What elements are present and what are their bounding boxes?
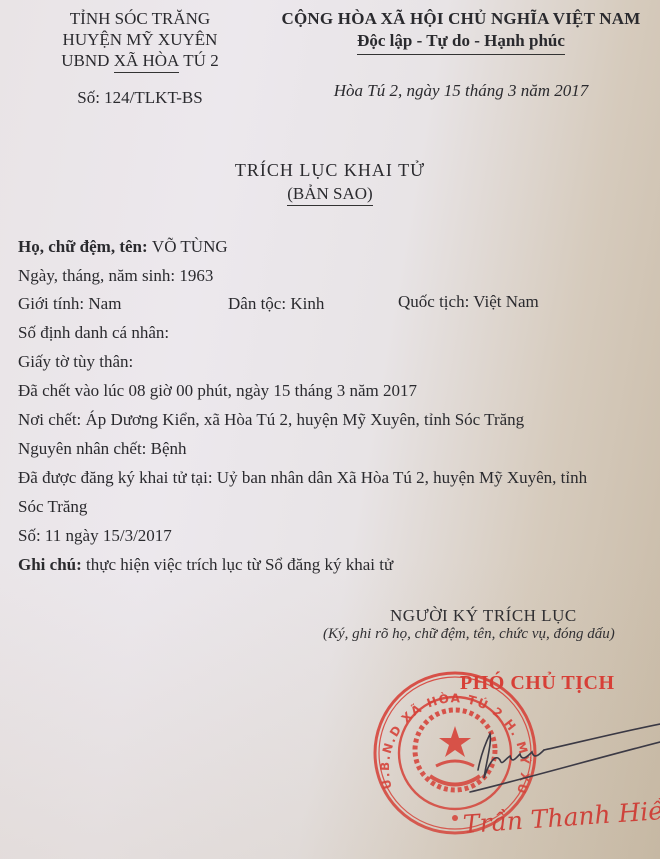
signer-instruction: (Ký, ghi rõ họ, chữ đệm, tên, chức vụ, đ… <box>323 626 615 643</box>
nation-name: CỘNG HÒA XÃ HỘI CHỦ NGHĨA VIỆT NAM <box>262 8 660 30</box>
field-registered-at: Đã được đăng ký khai tử tại: Uỷ ban nhân… <box>18 468 587 488</box>
field-birth: Ngày, tháng, năm sinh: 1963 <box>18 266 213 286</box>
field-full-name: Họ, chữ đệm, tên: VÕ TÙNG <box>18 237 228 257</box>
cause-of-death-value: Bệnh <box>151 439 187 458</box>
birth-value: 1963 <box>179 266 213 285</box>
nationality-label: Quốc tịch: <box>398 292 473 311</box>
signer-heading: NGƯỜI KÝ TRÍCH LỤC <box>390 606 577 626</box>
document-number: Số: 124/TLKT-BS <box>40 87 240 108</box>
agency-suffix: TÚ 2 <box>179 51 218 70</box>
handwritten-signature-icon <box>440 720 660 800</box>
id-papers-label: Giấy tờ tùy thân: <box>18 352 133 371</box>
agency-underlined: XÃ HÒA <box>114 50 180 73</box>
field-gender: Giới tính: Nam <box>18 294 121 314</box>
field-nationality: Quốc tịch: Việt Nam <box>398 292 539 312</box>
national-header: CỘNG HÒA XÃ HỘI CHỦ NGHĨA VIỆT NAM Độc l… <box>262 8 660 101</box>
registered-at-label: Đã được đăng ký khai tử tại: <box>18 468 217 487</box>
field-register-number: Số: 11 ngày 15/3/2017 <box>18 526 172 546</box>
nationality-value: Việt Nam <box>473 292 539 311</box>
ethnicity-label: Dân tộc: <box>228 294 290 313</box>
place-of-death-label: Nơi chết: <box>18 410 86 429</box>
field-personal-id: Số định danh cá nhân: <box>18 323 169 343</box>
gender-value: Nam <box>88 294 121 313</box>
field-id-papers: Giấy tờ tùy thân: <box>18 352 133 372</box>
registered-at-value-line2: Sóc Trăng <box>18 497 87 517</box>
agency-prefix: UBND <box>61 51 113 70</box>
note-value: thực hiện việc trích lục từ Sổ đăng ký k… <box>86 555 393 574</box>
field-place-of-death: Nơi chết: Áp Dương Kiển, xã Hòa Tú 2, hu… <box>18 410 524 430</box>
gender-label: Giới tính: <box>18 294 88 313</box>
agency-name: UBND XÃ HÒA TÚ 2 <box>40 50 240 73</box>
province-name: TỈNH SÓC TRĂNG <box>40 8 240 29</box>
cause-of-death-label: Nguyên nhân chết: <box>18 439 151 458</box>
copy-label: (BẢN SAO) <box>287 184 372 206</box>
personal-id-label: Số định danh cá nhân: <box>18 323 169 342</box>
district-name: HUYỆN MỸ XUYÊN <box>40 29 240 50</box>
full-name-value: VÕ TÙNG <box>152 237 228 256</box>
death-certificate-extract: TỈNH SÓC TRĂNG HUYỆN MỸ XUYÊN UBND XÃ HÒ… <box>0 0 660 859</box>
field-cause-of-death: Nguyên nhân chết: Bệnh <box>18 439 187 459</box>
signer-position: PHÓ CHỦ TỊCH <box>460 672 615 695</box>
field-time-of-death: Đã chết vào lúc 08 giờ 00 phút, ngày 15 … <box>18 381 417 401</box>
ethnicity-value: Kinh <box>290 294 324 313</box>
place-and-date: Hòa Tú 2, ngày 15 tháng 3 năm 2017 <box>262 81 660 101</box>
document-title: TRÍCH LỤC KHAI TỬ <box>0 160 660 181</box>
place-of-death-value: Áp Dương Kiển, xã Hòa Tú 2, huyện Mỹ Xuy… <box>86 410 525 429</box>
national-motto: Độc lập - Tự do - Hạnh phúc <box>357 30 565 55</box>
document-subtitle: (BẢN SAO) <box>0 184 660 206</box>
field-note: Ghi chú: thực hiện việc trích lục từ Sổ … <box>18 555 393 575</box>
field-ethnicity: Dân tộc: Kinh <box>228 294 324 314</box>
issuing-agency-header: TỈNH SÓC TRĂNG HUYỆN MỸ XUYÊN UBND XÃ HÒ… <box>40 8 240 108</box>
birth-label: Ngày, tháng, năm sinh: <box>18 266 179 285</box>
registered-at-value-line1: Uỷ ban nhân dân Xã Hòa Tú 2, huyện Mỹ Xu… <box>217 468 587 487</box>
note-label: Ghi chú: <box>18 555 86 574</box>
full-name-label: Họ, chữ đệm, tên: <box>18 237 152 256</box>
